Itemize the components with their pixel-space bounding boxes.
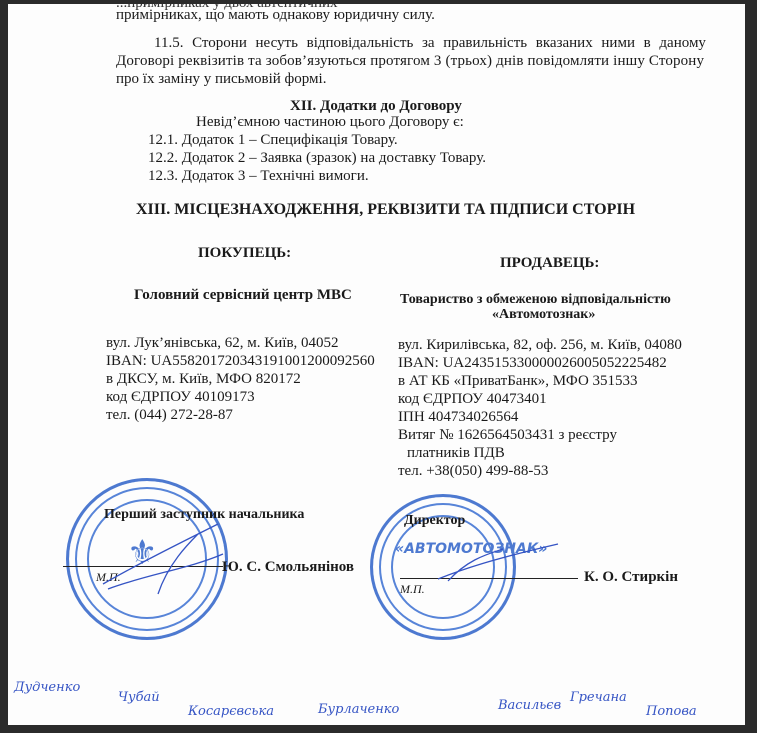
word: 11.5. <box>154 34 183 52</box>
seller-seal-mark: М.П. <box>400 582 425 597</box>
para-11-5-line2: Договорі реквізитів та зобов’язуються пр… <box>116 52 704 70</box>
appendix-item: 12.2. Додаток 2 – Заявка (зразок) на дос… <box>148 149 486 167</box>
buyer-handwritten-signature <box>98 514 228 604</box>
footer-signature: Чубай <box>118 690 160 705</box>
document-page: ...примірниках у двох автентичних примір… <box>8 4 745 725</box>
word: ними <box>601 34 635 52</box>
seller-details: вул. Кирилівська, 82, оф. 256, м. Київ, … <box>398 336 682 480</box>
footer-signature: Гречана <box>570 690 627 705</box>
section-12-intro: Невід’ємною частиною цього Договору є: <box>196 113 464 131</box>
para-11-4-end: примірниках, що мають однакову юридичну … <box>116 6 435 24</box>
footer-signature: Бурлаченко <box>318 702 399 717</box>
footer-signature: Дудченко <box>14 680 80 695</box>
footer-signature: Васильєв <box>498 698 561 713</box>
seller-role: ПРОДАВЕЦЬ: <box>500 254 599 272</box>
appendix-item: 12.3. Додаток 3 – Технічні вимоги. <box>148 167 369 185</box>
word: несуть <box>256 34 298 52</box>
seller-name-line2: «Автомотознак» <box>492 306 595 324</box>
word: вказаних <box>536 34 593 52</box>
buyer-signatory-name: Ю. С. Смольянінов <box>222 558 354 576</box>
seller-signatory-title: Директор <box>404 512 465 530</box>
buyer-details: вул. Лук’янівська, 62, м. Київ, 04052 IB… <box>106 334 375 424</box>
para-11-5-line1: 11.5.Сторонинесутьвідповідальністьзаправ… <box>154 34 706 52</box>
buyer-role: ПОКУПЕЦЬ: <box>198 244 291 262</box>
word: в <box>644 34 651 52</box>
word: за <box>422 34 435 52</box>
footer-signature: Косарєвська <box>188 704 274 719</box>
word: відповідальність <box>307 34 414 52</box>
appendix-item: 12.1. Додаток 1 – Специфікація Товару. <box>148 131 398 149</box>
seller-handwritten-signature <box>433 539 563 589</box>
word: Сторони <box>192 34 247 52</box>
word: даному <box>659 34 706 52</box>
seller-signatory-name: К. О. Стиркін <box>584 568 678 586</box>
footer-signature: Попова <box>646 704 697 719</box>
para-11-5-line3: про їх заміну у письмовій формі. <box>116 70 326 88</box>
section-13-title: XIII. МІСЦЕЗНАХОДЖЕННЯ, РЕКВІЗИТИ ТА ПІД… <box>136 201 635 219</box>
word: правильність <box>443 34 527 52</box>
buyer-name: Головний сервісний центр МВС <box>134 286 352 304</box>
